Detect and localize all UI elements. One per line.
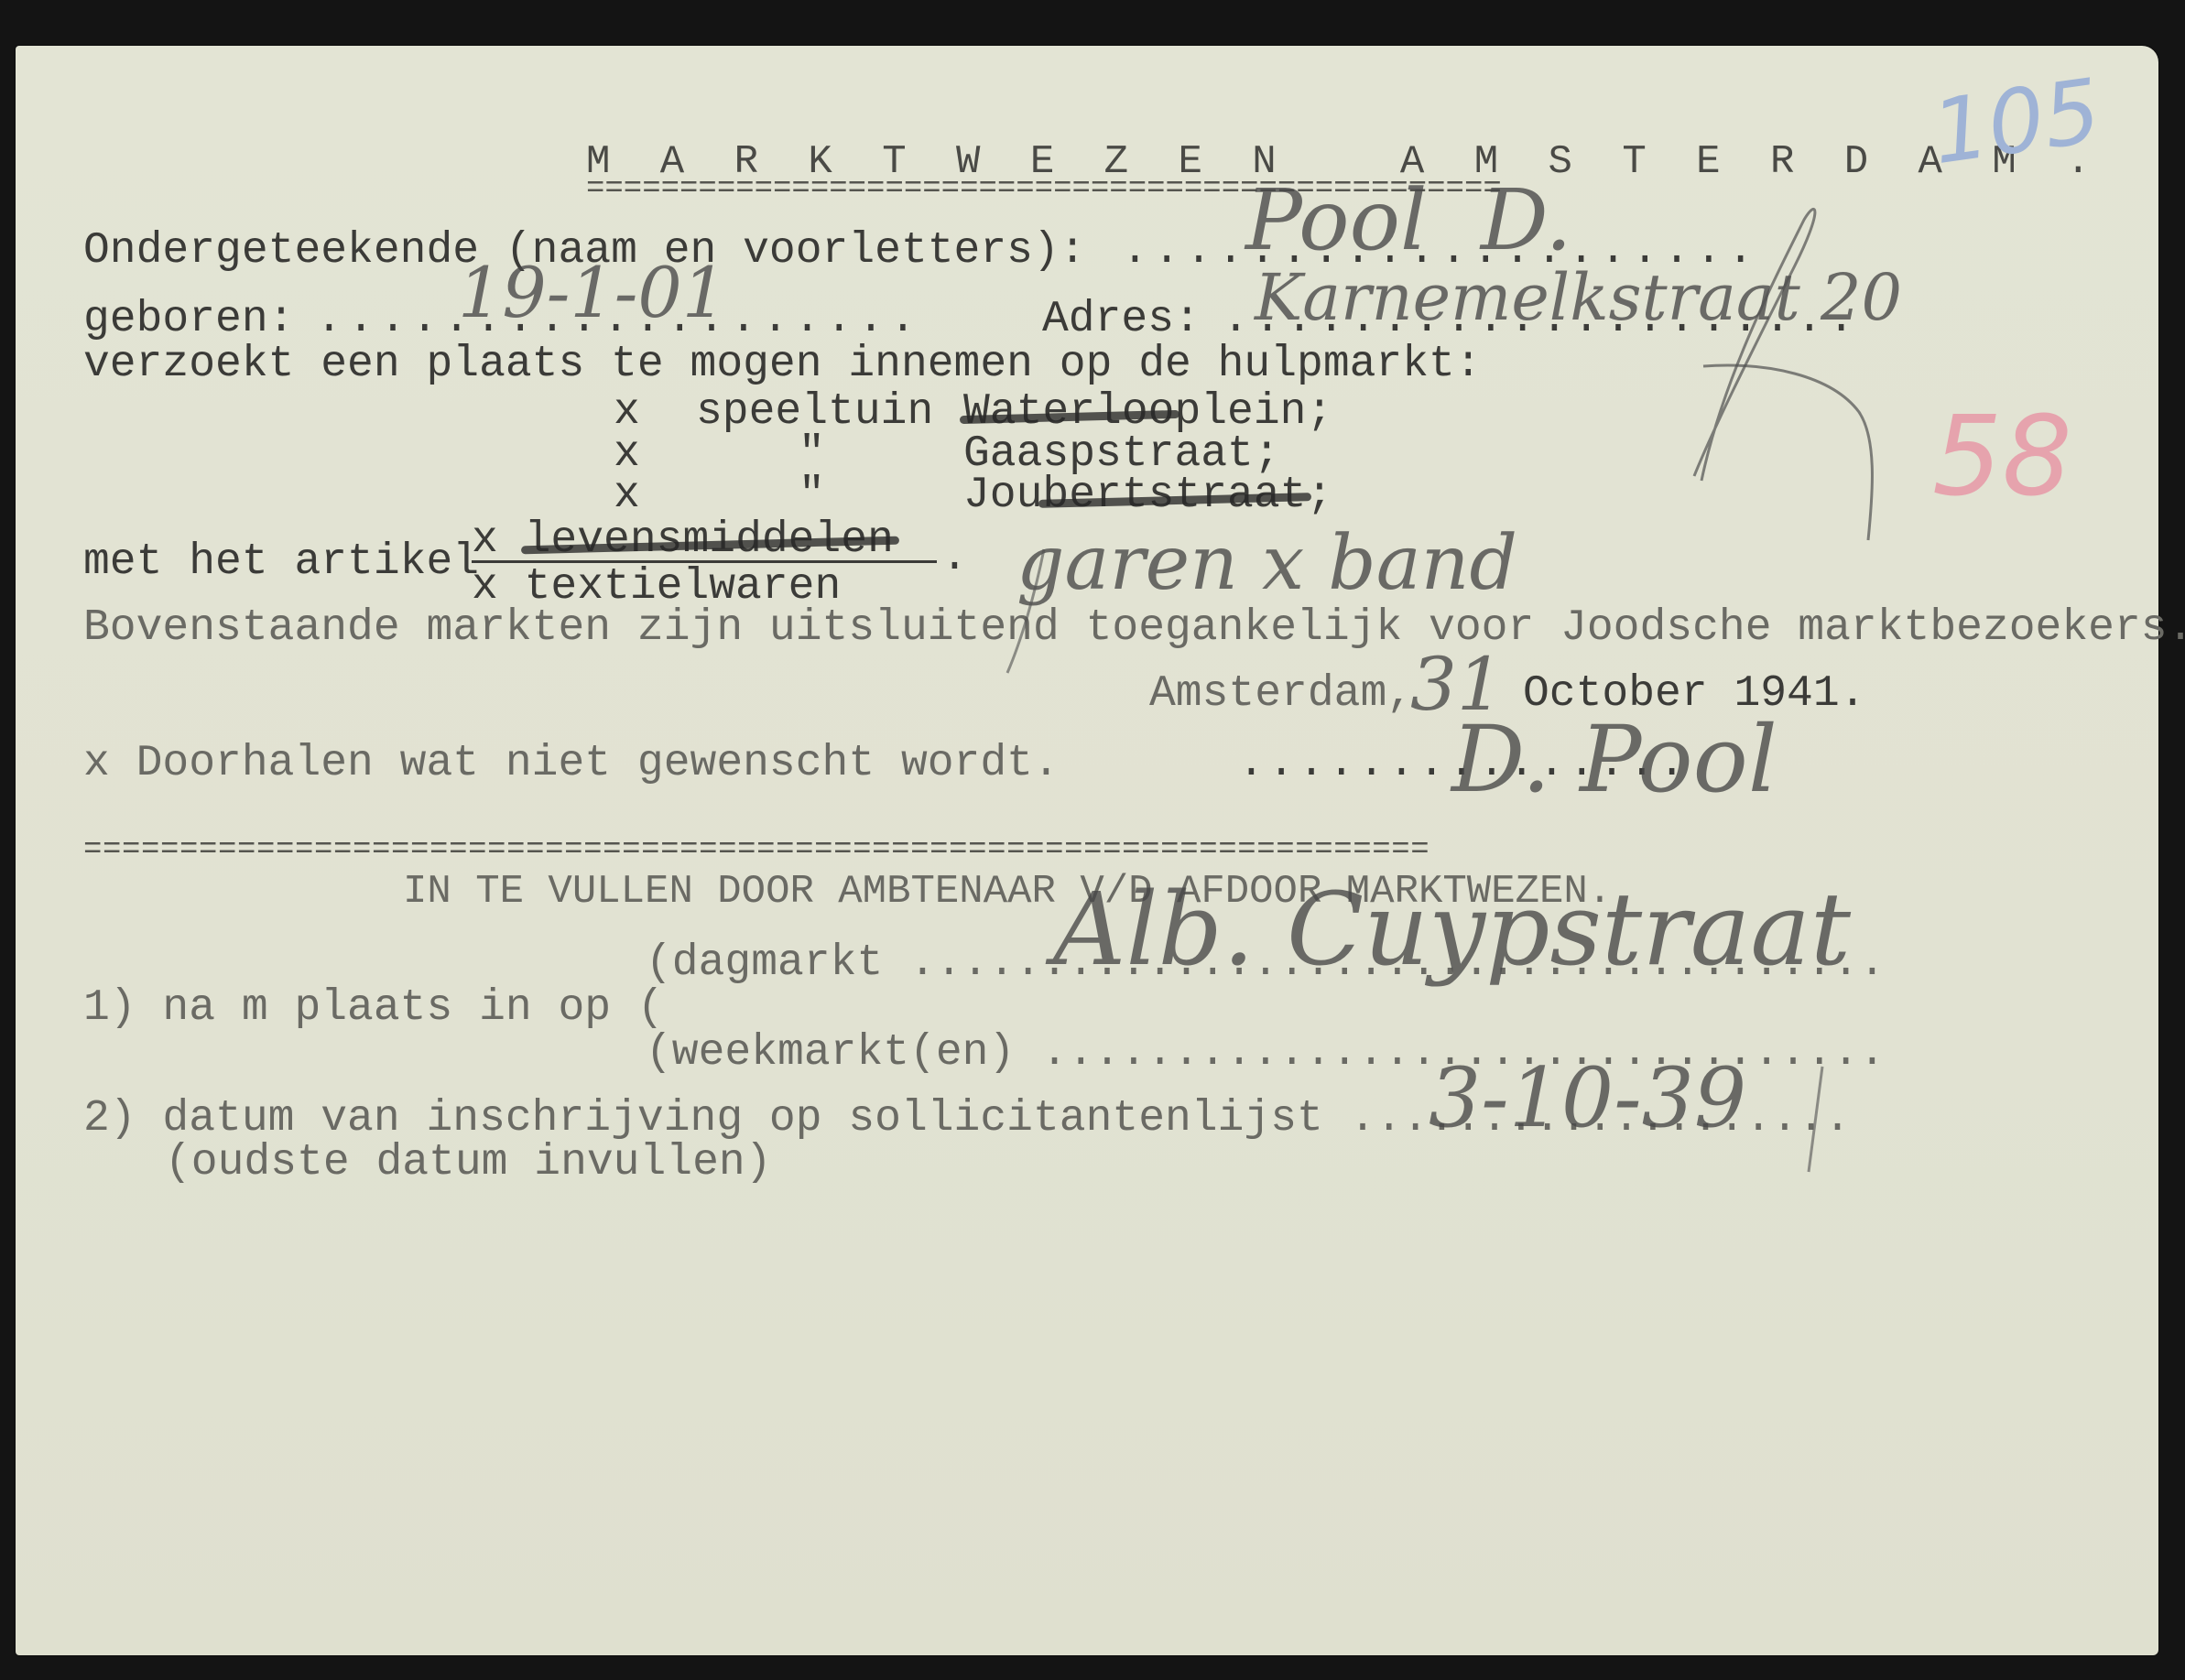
market-3-mark: x: [614, 473, 640, 517]
strike-note: x Doorhalen wat niet gewenscht wordt.: [83, 742, 1060, 786]
section-separator: ========================================…: [83, 835, 1429, 866]
born-label: geboren:: [83, 298, 294, 341]
article-option-1-mark: x: [472, 515, 498, 565]
market-3-kept: Jou: [963, 471, 1042, 520]
article-option-1-struck: levensmiddelen: [525, 515, 894, 565]
item-1-label: 1) na m plaats in op (: [83, 986, 664, 1030]
item-2-handwritten-field[interactable]: 3-10-39: [1429, 1057, 1746, 1140]
market-3-struck: bertstraat: [1042, 471, 1306, 520]
item-2-note: (oudste datum invullen): [165, 1141, 772, 1185]
blue-pencil-annotation: 105: [1927, 67, 2105, 178]
article-period: .: [941, 536, 968, 580]
market-3-ditto: ": [799, 473, 825, 517]
request-line: verzoekt een plaats te mogen innemen op …: [83, 342, 1482, 386]
dagmarkt-handwritten-field[interactable]: Alb. Cuypstraat: [1053, 879, 1851, 980]
name-handwritten-field[interactable]: Pool D.: [1245, 179, 1572, 263]
market-2-ditto: ": [799, 432, 825, 476]
born-handwritten-field[interactable]: 19-1-01: [458, 258, 726, 328]
market-2-mark: x: [614, 432, 640, 476]
place-date-prefix: Amsterdam,: [1149, 672, 1413, 716]
address-handwritten-field[interactable]: Karnemelkstraat 20: [1255, 266, 1902, 330]
article-option-2: x textielwaren: [472, 565, 841, 609]
red-pencil-annotation: 58: [1932, 403, 2072, 513]
market-1-type: speeltuin: [696, 390, 933, 434]
notice-text: Bovenstaande markten zijn uitsluitend to…: [83, 606, 2185, 650]
address-label: Adres:: [1042, 298, 1201, 341]
market-1-mark: x: [614, 390, 640, 434]
market-2-name: Gaaspstraat;: [963, 432, 1280, 476]
article-option-1: x levensmiddelen: [472, 518, 894, 562]
article-handwritten-field[interactable]: garen x band: [1016, 526, 1517, 602]
market-1-name: Waterlooplein;: [963, 390, 1332, 434]
article-label: met het artikel: [83, 540, 479, 584]
market-3-name: Joubertstraat;: [963, 473, 1332, 517]
signature-field[interactable]: D. Pool: [1451, 714, 1777, 806]
